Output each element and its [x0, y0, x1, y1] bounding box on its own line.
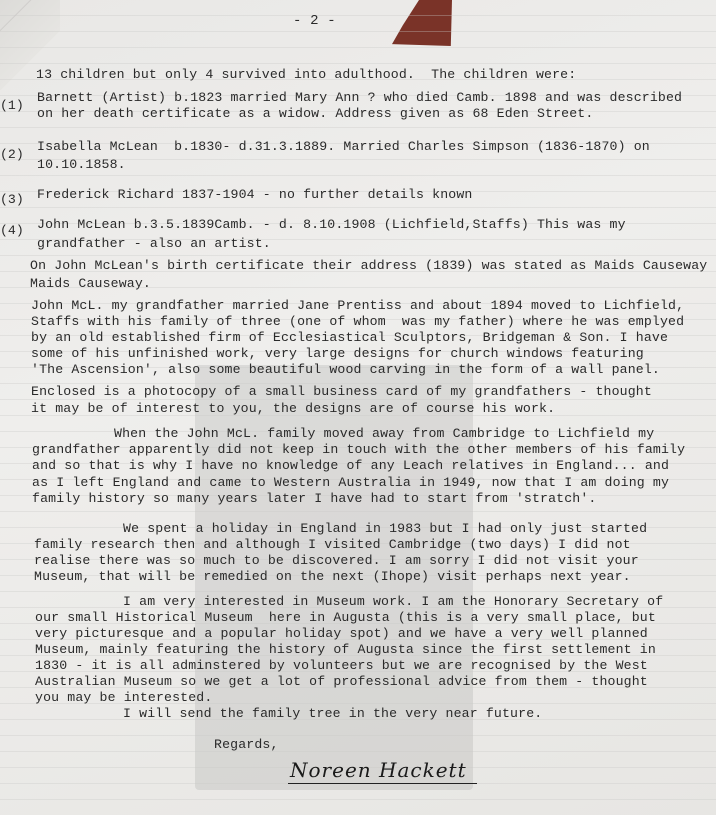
closing: Regards,	[214, 737, 279, 754]
grandfather-line-4: some of his unfinished work, very large …	[31, 346, 644, 363]
holiday-line-1: We spent a holiday in England in 1983 bu…	[123, 521, 647, 538]
museum-line-5: 1830 - it is all adminstered by voluntee…	[35, 658, 648, 675]
enclosed-line-1: Enclosed is a photocopy of a small busin…	[31, 384, 652, 401]
holiday-line-3: realise there was so much to be discover…	[34, 553, 639, 570]
grandfather-line-5: 'The Ascension', also some beautiful woo…	[31, 362, 660, 379]
child-1-line-2: on her death certificate as a widow. Add…	[37, 106, 593, 123]
child-2-line-2: 10.10.1858.	[37, 157, 126, 174]
signature: Noreen Hackett	[288, 757, 477, 784]
museum-line-6: Australian Museum so we get a lot of pro…	[35, 674, 648, 691]
child-number: (3)	[0, 192, 24, 207]
museum-line-2: our small Historical Museum here in Augu…	[35, 610, 656, 627]
birth-cert-line-2: Maids Causeway.	[30, 276, 151, 293]
child-4-line-2: grandfather - also an artist.	[37, 236, 271, 253]
museum-line-4: Museum, mainly featuring the history of …	[35, 642, 656, 659]
child-4-line-1: John McLean b.3.5.1839Camb. - d. 8.10.19…	[37, 217, 626, 234]
moved-line-2: grandfather apparently did not keep in t…	[32, 442, 685, 459]
child-3-line-1: Frederick Richard 1837-1904 - no further…	[37, 187, 472, 204]
moved-line-4: as I left England and came to Western Au…	[32, 475, 669, 492]
child-number: (4)	[0, 223, 24, 238]
birth-cert-line-1: On John McLean's birth certificate their…	[30, 258, 707, 275]
torn-paper-patch	[392, 0, 452, 46]
holiday-line-2: family research then and although I visi…	[34, 537, 631, 554]
holiday-line-4: Museum, that will be remedied on the nex…	[34, 569, 631, 586]
family-tree-line: I will send the family tree in the very …	[123, 706, 542, 723]
child-2-line-1: Isabella McLean b.1830- d.31.3.1889. Mar…	[37, 139, 650, 156]
letter-page: - 2 - 13 children but only 4 survived in…	[0, 0, 716, 815]
museum-line-3: very picturesque and a popular holiday s…	[35, 626, 648, 643]
grandfather-line-1: John McL. my grandfather married Jane Pr…	[31, 298, 684, 315]
child-1-line-1: Barnett (Artist) b.1823 married Mary Ann…	[37, 90, 682, 107]
child-number: (2)	[0, 147, 24, 162]
child-number: (1)	[0, 98, 24, 113]
museum-line-7: you may be interested.	[35, 690, 212, 707]
page-number: - 2 -	[293, 13, 336, 30]
moved-line-3: and so that is why I have no knowledge o…	[32, 458, 669, 475]
moved-line-1: When the John McL. family moved away fro…	[114, 426, 654, 443]
intro-line: 13 children but only 4 survived into adu…	[36, 67, 576, 84]
enclosed-line-2: it may be of interest to you, the design…	[31, 401, 555, 418]
grandfather-line-2: Staffs with his family of three (one of …	[31, 314, 684, 331]
grandfather-line-3: by an old established firm of Ecclesiast…	[31, 330, 668, 347]
moved-line-5: family history so many years later I hav…	[32, 491, 596, 508]
museum-line-1: I am very interested in Museum work. I a…	[123, 594, 663, 611]
